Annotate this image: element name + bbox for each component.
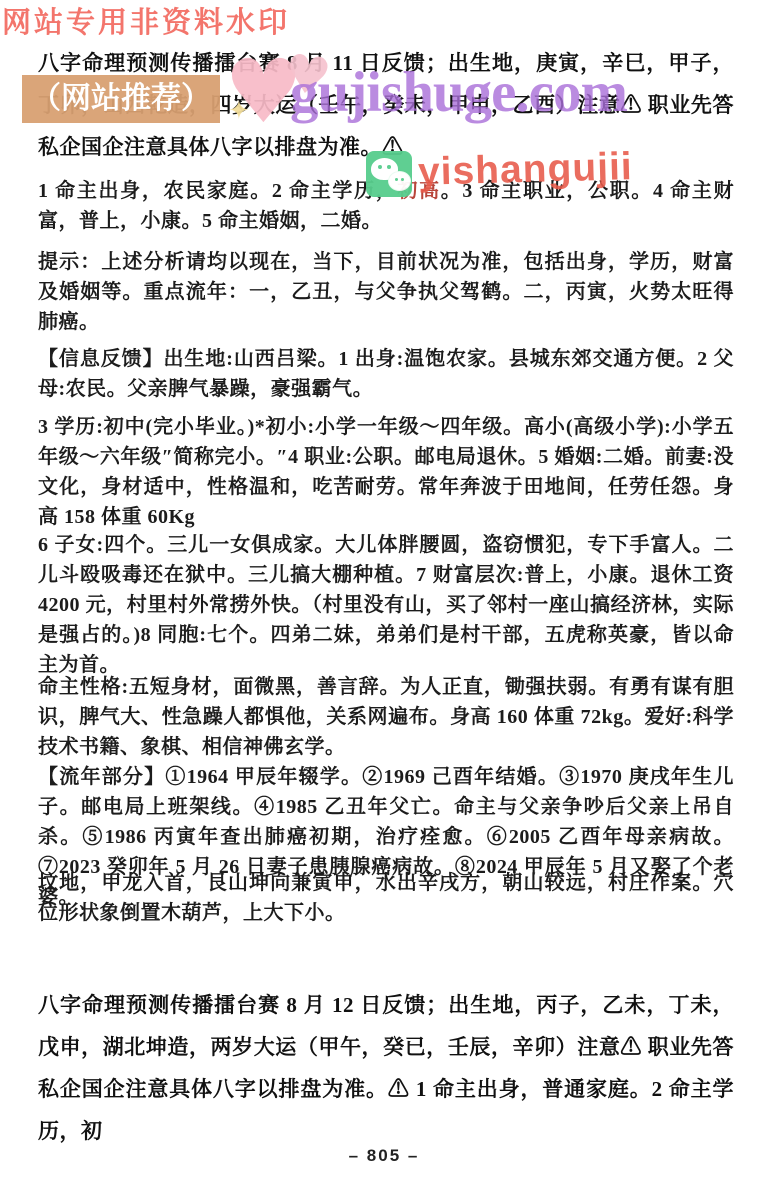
children-wealth-paragraph: 6 子女:四个。三儿一女俱成家。大儿体胖腰圆，盗窃惯犯，专下手富人。二儿斗殴吸毒… [38,530,734,680]
feedback-header-aug11: 八字命理预测传播擂台赛 8 月 11 日反馈；出生地，庚寅，辛巳，甲子，丁卯，山… [38,42,734,168]
summary-pre: 1 命主出身，农民家庭。2 命主学历， [38,180,397,202]
watermark-corner-label: 网站专用非资料水印 [2,0,290,41]
feedback-header-aug12: 八字命理预测传播擂台赛 8 月 12 日反馈；出生地，丙子，乙未，丁未，戊申，湖… [38,984,734,1152]
summary-paragraph: 1 命主出身，农民家庭。2 命主学历，初高。3 命主职业，公职。4 命主财富，普… [38,176,734,236]
personality-paragraph: 命主性格:五短身材，面微黑，善言辞。为人正直，锄强扶弱。有勇有谋有胆识，脾气大、… [38,672,734,762]
page-number: – 805 – [0,1146,768,1166]
gravesite-paragraph: 坟地，甲龙入首，艮山坤向兼寅申，水出辛戌方，朝山较远，村庄作案。穴位形状象倒置木… [38,868,734,928]
scanned-document-page: { "watermarks": { "corner_label": "网站专用非… [0,0,768,1182]
info-feedback-paragraph: 【信息反馈】出生地:山西吕梁。1 出身:温饱农家。县城东郊交通方便。2 父母:农… [38,344,734,404]
education-career-paragraph: 3 学历:初中(完小毕业。)*初小:小学一年级～四年级。高小(高级小学):小学五… [38,412,734,532]
summary-highlight: 初高 [397,180,440,202]
tips-paragraph: 提示：上述分析请均以现在，当下，目前状况为准，包括出身，学历，财富及婚姻等。重点… [38,247,734,337]
